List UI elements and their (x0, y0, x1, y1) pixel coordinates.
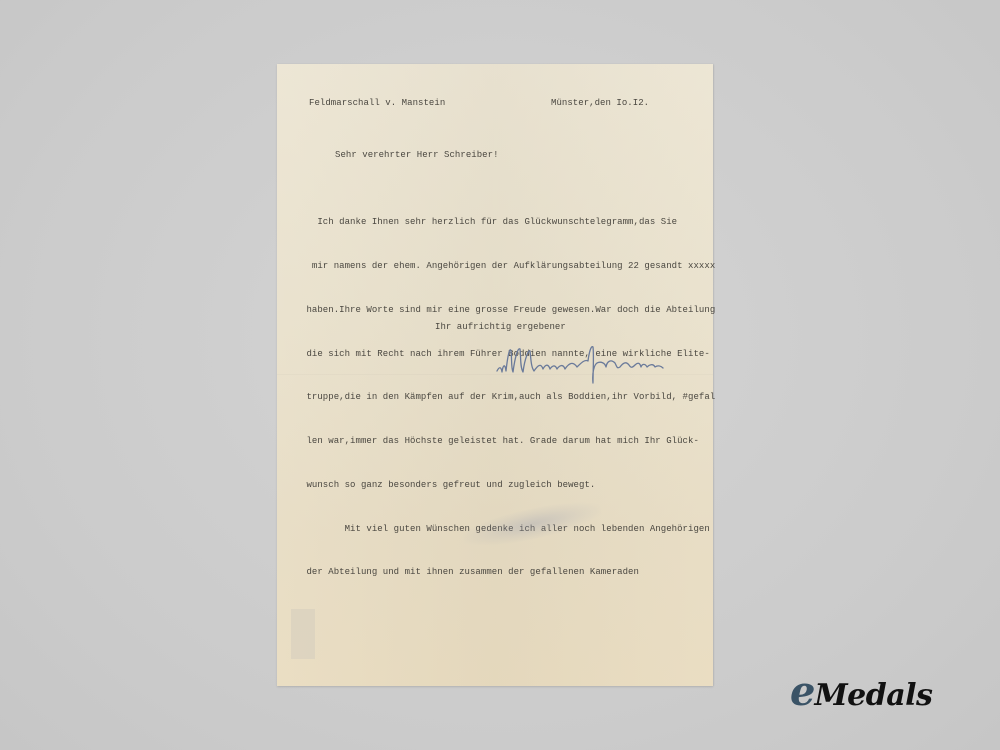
letter-body-line: wunsch so ganz besonders gefreut und zug… (301, 478, 715, 493)
logo-text: Medals (814, 676, 932, 716)
letter-place-date: Münster,den Io.I2. (551, 96, 649, 111)
letter-body-line: der Abteilung und mit ihnen zusammen der… (301, 565, 715, 580)
letter-body-line: haben.Ihre Worte sind mir eine grosse Fr… (301, 303, 715, 318)
letter-body-line: Ich danke Ihnen sehr herzlich für das Gl… (301, 215, 715, 230)
letter-closing: Ihr aufrichtig ergebener (435, 320, 566, 335)
photo-backdrop: Feldmarschall v. Manstein Münster,den Io… (0, 0, 1000, 750)
logo-prefix: e (790, 672, 814, 712)
letter-body-line: mir namens der ehem. Angehörigen der Auf… (301, 259, 715, 274)
letter-salutation: Sehr verehrter Herr Schreiber! (335, 148, 499, 163)
emedals-logo: e Medals (790, 672, 932, 712)
letter-sender: Feldmarschall v. Manstein (309, 96, 445, 111)
handwritten-signature (493, 341, 683, 386)
letter-body-line: truppe,die in den Kämpfen auf der Krim,a… (301, 390, 715, 405)
letter-sheet: Feldmarschall v. Manstein Münster,den Io… (277, 64, 713, 686)
letter-body-line: len war,immer das Höchste geleistet hat.… (301, 434, 715, 449)
letter-body: Ich danke Ihnen sehr herzlich für das Gl… (301, 186, 715, 609)
paper-stain (291, 609, 315, 659)
